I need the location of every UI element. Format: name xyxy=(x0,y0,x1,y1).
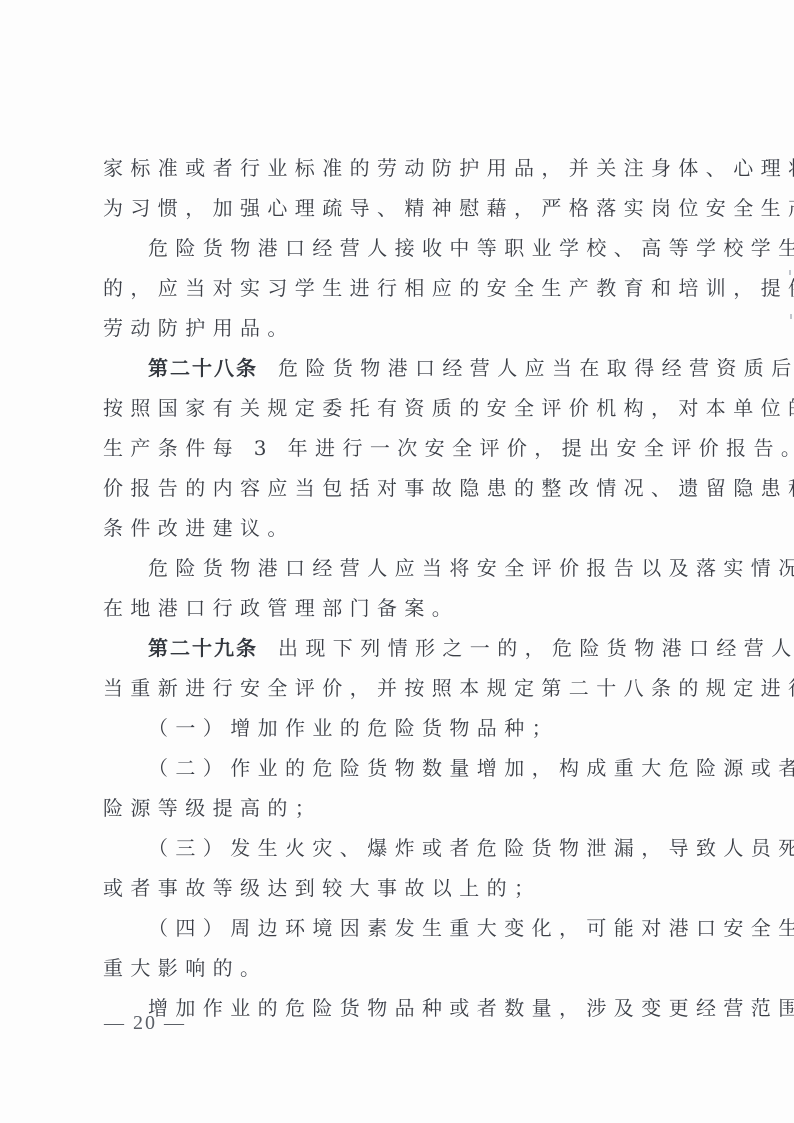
text-line: 为习惯，加强心理疏导、精神慰藉，严格落实岗位安全生产责任。 xyxy=(103,188,693,228)
text-line: 劳动防护用品。 xyxy=(103,308,693,348)
text-line: 在地港口行政管理部门备案。 xyxy=(103,588,693,628)
text-line: 的，应当对实习学生进行相应的安全生产教育和培训，提供必要的 xyxy=(103,268,693,308)
text-line: 条件改进建议。 xyxy=(103,508,693,548)
list-item-3: （三）发生火灾、爆炸或者危险货物泄漏，导致人员死亡、重伤 xyxy=(103,828,693,868)
page-number: — 20 — xyxy=(104,1012,186,1035)
document-body: 家标准或者行业标准的劳动防护用品，并关注身体、心理状况和行 为习惯，加强心理疏导… xyxy=(103,148,693,1028)
text-line: 重大影响的。 xyxy=(103,948,693,988)
text-line: 或者事故等级达到较大事故以上的； xyxy=(103,868,693,908)
paragraph-start: 增加作业的危险货物品种或者数量，涉及变更经营范围的，除 xyxy=(103,988,693,1028)
text-line: 按照国家有关规定委托有资质的安全评价机构，对本单位的安全 xyxy=(103,388,693,428)
list-item-4: （四）周边环境因素发生重大变化，可能对港口安全生产带来 xyxy=(103,908,693,948)
article-28-first-line: 第二十八条危险货物港口经营人应当在取得经营资质后， xyxy=(103,348,693,388)
list-item-2: （二）作业的危险货物数量增加，构成重大危险源或者重大危 xyxy=(103,748,693,788)
list-item-1: （一）增加作业的危险货物品种； xyxy=(103,708,693,748)
scan-artifact xyxy=(789,270,791,275)
text-line: 险源等级提高的； xyxy=(103,788,693,828)
document-page: 家标准或者行业标准的劳动防护用品，并关注身体、心理状况和行 为习惯，加强心理疏导… xyxy=(0,0,794,1123)
article-text: 危险货物港口经营人应当在取得经营资质后， xyxy=(278,356,794,380)
paragraph-start: 危险货物港口经营人接收中等职业学校、高等学校学生实习 xyxy=(103,228,693,268)
text-line: 价报告的内容应当包括对事故隐患的整改情况、遗留隐患和安全 xyxy=(103,468,693,508)
text-line: 生产条件每 3 年进行一次安全评价，提出安全评价报告。安全评 xyxy=(103,428,693,468)
scan-artifact xyxy=(790,314,792,319)
article-29-first-line: 第二十九条出现下列情形之一的，危险货物港口经营人应 xyxy=(103,628,693,668)
article-text: 出现下列情形之一的，危险货物港口经营人应 xyxy=(278,636,794,660)
paragraph-start: 危险货物港口经营人应当将安全评价报告以及落实情况报所 xyxy=(103,548,693,588)
text-line: 当重新进行安全评价，并按照本规定第二十八条的规定进行备案： xyxy=(103,668,693,708)
text-line: 家标准或者行业标准的劳动防护用品，并关注身体、心理状况和行 xyxy=(103,148,693,188)
article-heading: 第二十九条 xyxy=(148,636,258,660)
article-heading: 第二十八条 xyxy=(148,356,258,380)
